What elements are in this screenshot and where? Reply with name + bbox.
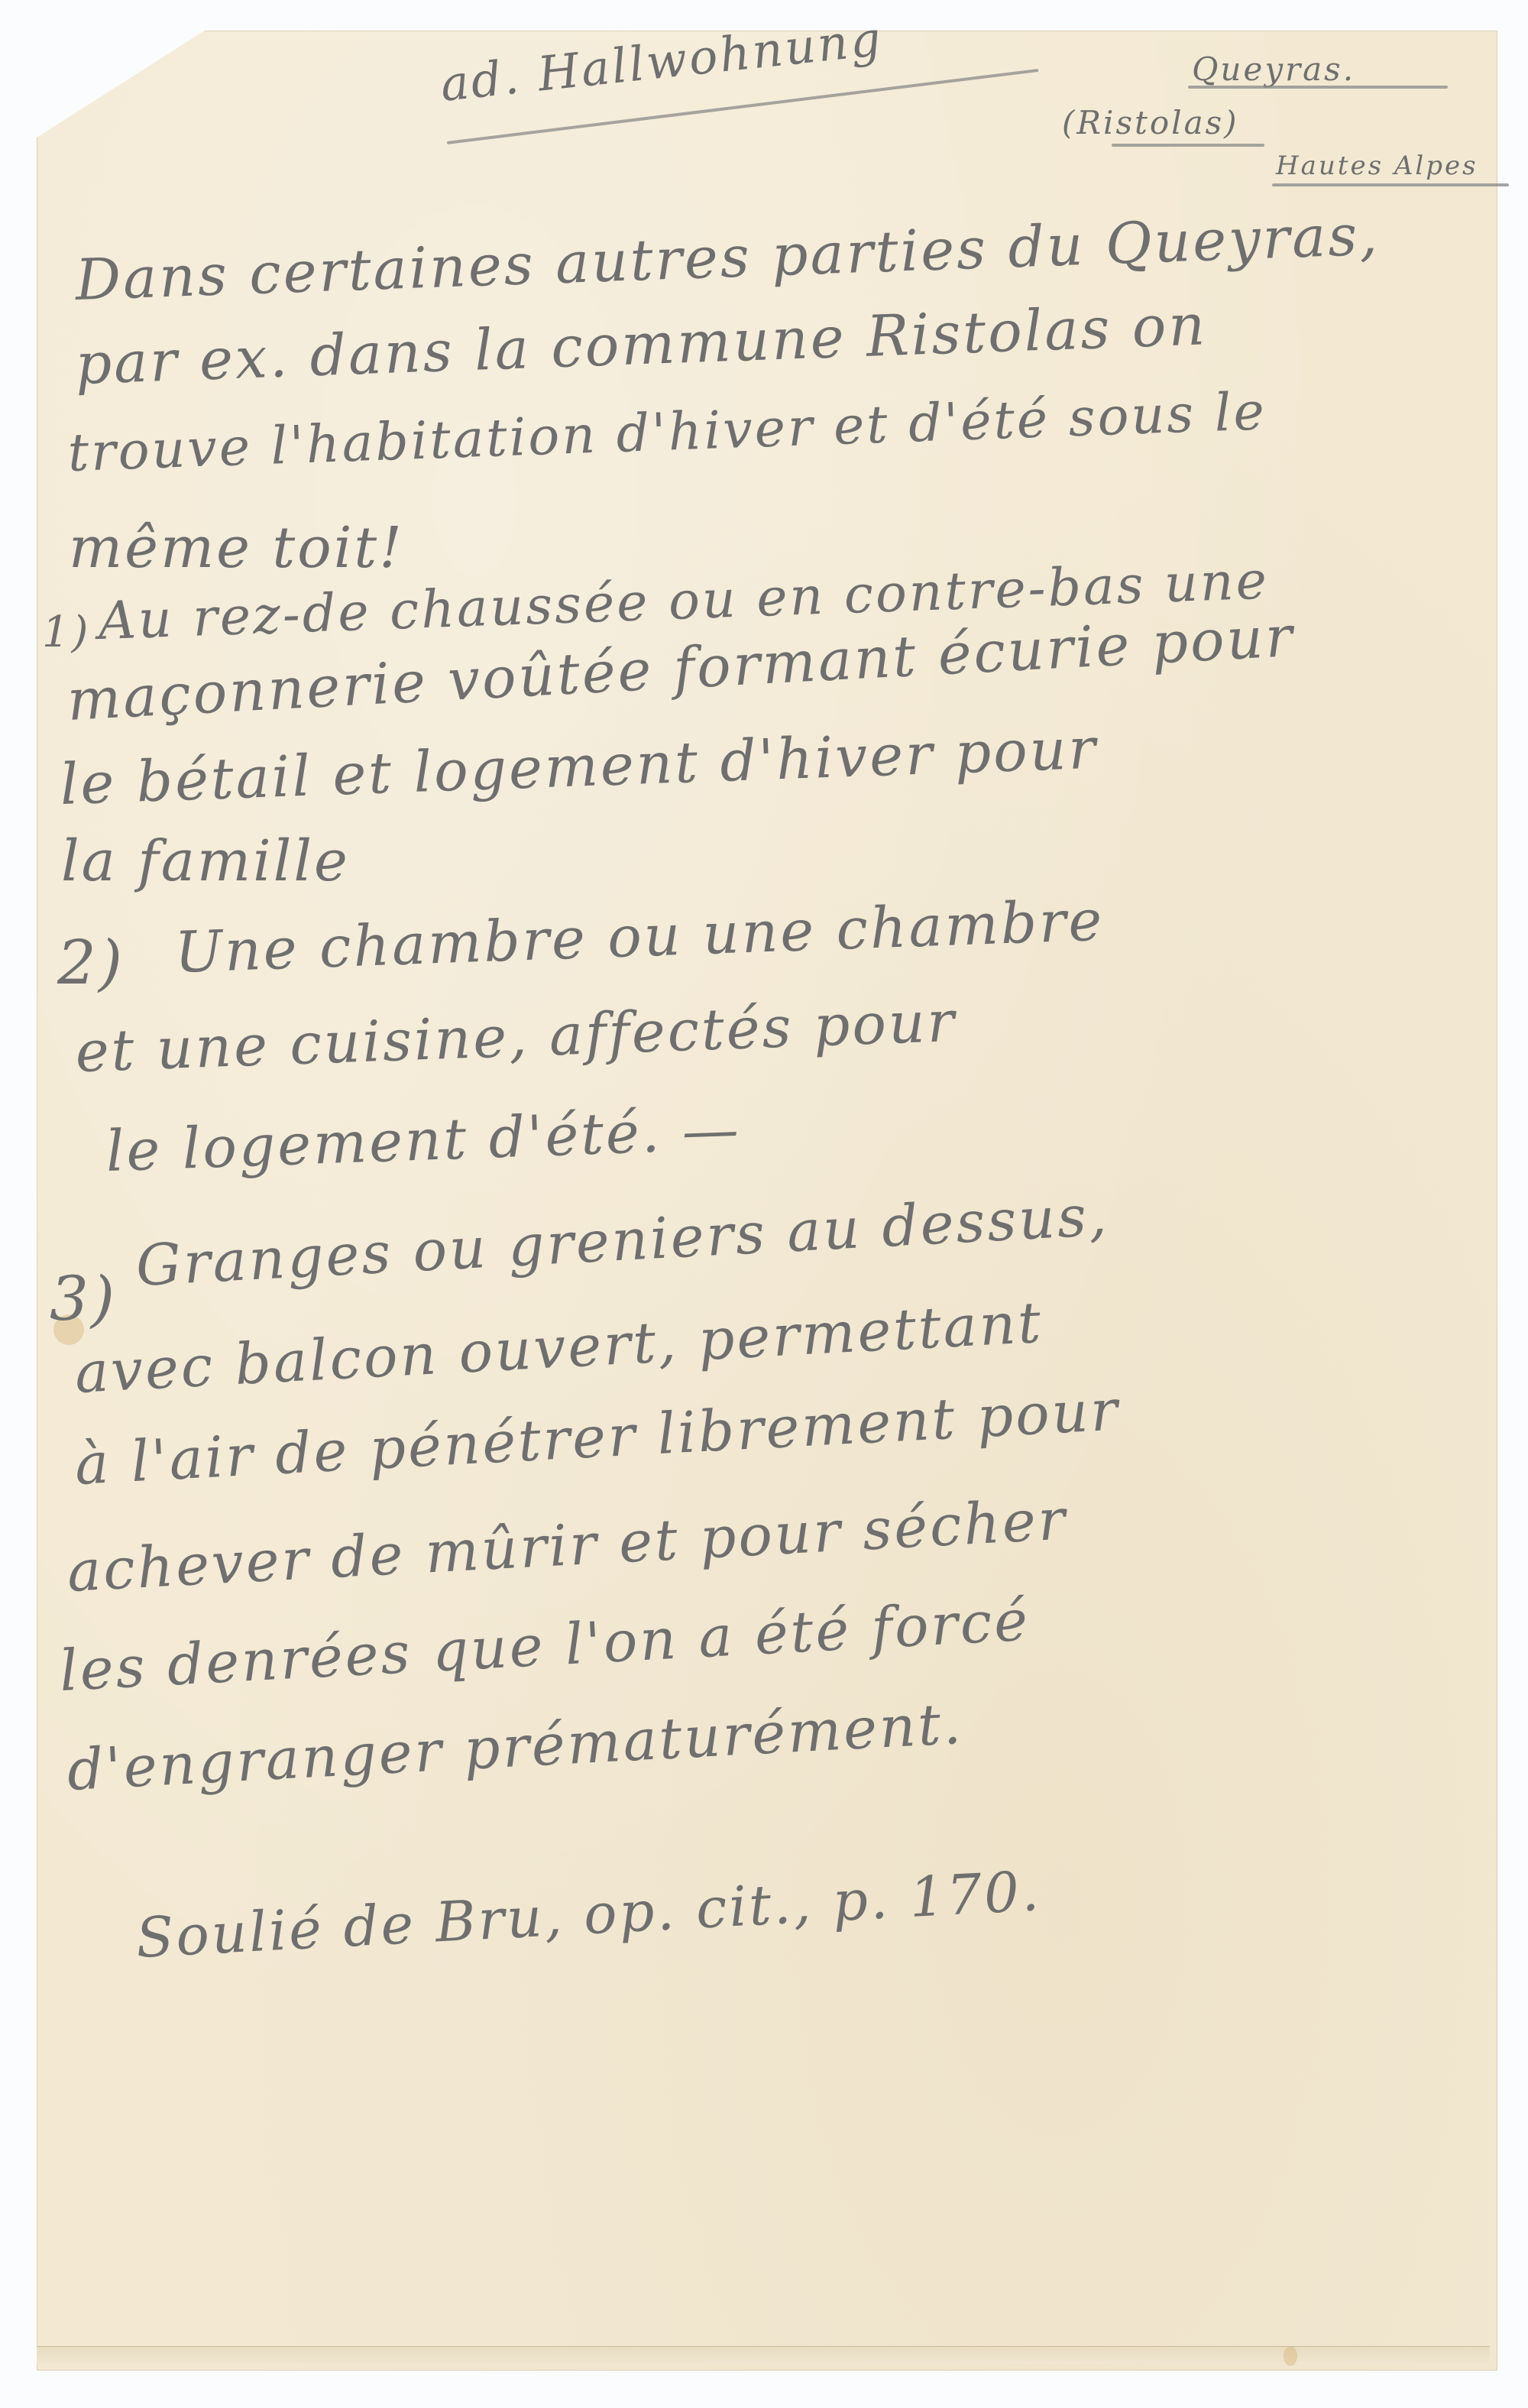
department-underline bbox=[1272, 183, 1509, 186]
paper-bottom-fold bbox=[37, 2346, 1490, 2364]
item-number: 2) bbox=[57, 932, 125, 993]
intro-line: même toit! bbox=[69, 520, 404, 576]
region-underline bbox=[1188, 86, 1448, 89]
department-label: Hautes Alpes bbox=[1276, 153, 1478, 179]
paper-stain bbox=[1284, 2346, 1297, 2366]
commune-label: (Ristolas) bbox=[1062, 107, 1239, 139]
item-line: la famille bbox=[61, 833, 350, 890]
item-number: 1) bbox=[42, 611, 90, 654]
item-number: 3) bbox=[50, 1269, 117, 1330]
region-label: Queyras. bbox=[1192, 53, 1355, 86]
commune-underline bbox=[1112, 144, 1264, 147]
